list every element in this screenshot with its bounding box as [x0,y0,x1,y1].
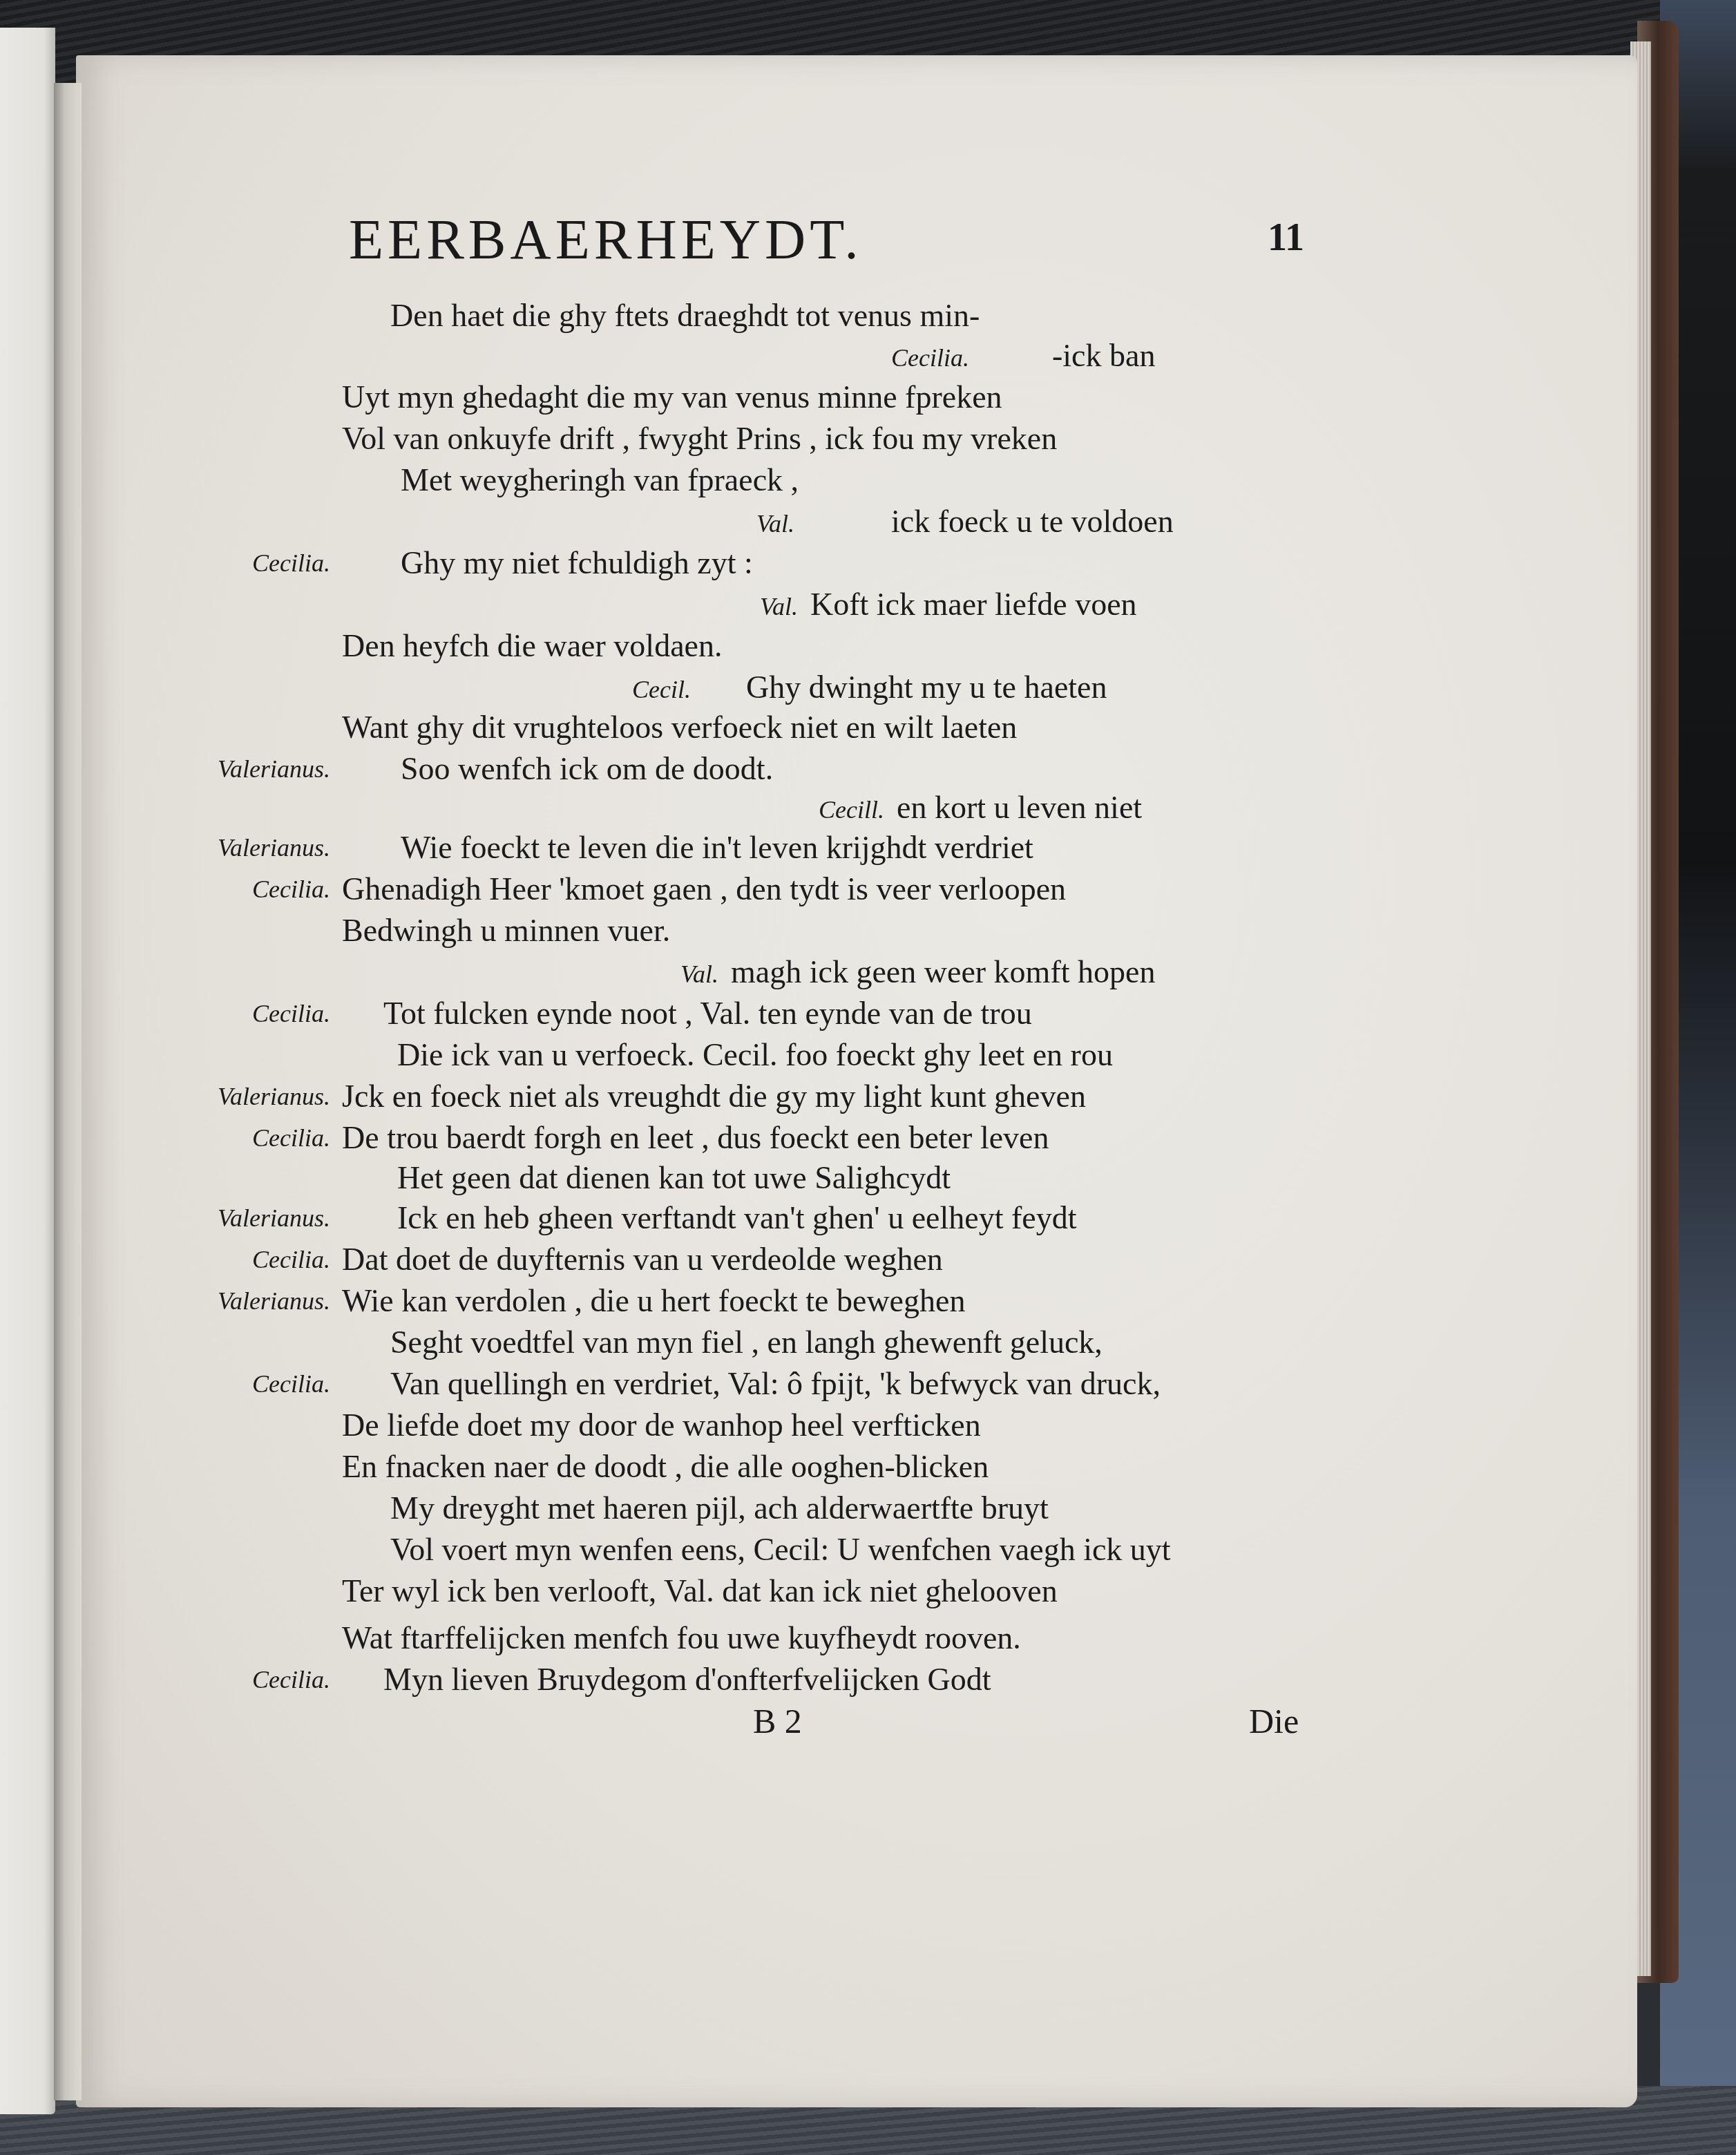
verse-text: Seght voedtfel van myn fiel , en langh g… [390,1325,1103,1360]
verse-line: Myn lieven Bruydegom d'onfterfvelijcken … [383,1660,991,1700]
page-number: 11 [1268,216,1304,260]
verse-line: De liefde doet my door de wanhop heel ve… [342,1405,981,1445]
inline-speaker-label: Cecil. [632,676,691,703]
verse-text: Wie foeckt te leven die in't leven krijg… [401,830,1033,865]
speaker-label: Valerianus. [218,1076,330,1117]
verse-text: Bedwingh u minnen vuer. [342,913,670,948]
verse-text: Wie kan verdolen , die u hert foeckt te … [342,1283,965,1318]
verse-text: Soo wenfch ick om de doodt. [401,751,773,786]
speaker-label: Cecilia. [252,869,330,909]
verse-text: De liefde doet my door de wanhop heel ve… [342,1407,981,1443]
verse-text: En fnacken naer de doodt , die alle oogh… [342,1449,989,1484]
verse-line: Cecil.Ghy dwinght my u te haeten [632,667,1107,708]
signature-mark: B 2 [753,1701,802,1741]
verse-text: Van quellingh en verdriet, Val: ô fpijt,… [390,1366,1161,1401]
verse-text: magh ick geen weer komft hopen [731,954,1155,989]
verse-line: Vol voert myn wenfen eens, Cecil: U wenf… [390,1530,1171,1570]
verse-line: Het geen dat dienen kan tot uwe Salighcy… [397,1158,951,1198]
verse-line: My dreyght met haeren pijl, ach alderwae… [390,1488,1049,1528]
verse-text: Met weygheringh van fpraeck , [401,462,799,497]
verse-line: Jck en foeck niet als vreughdt die gy my… [342,1076,1086,1117]
inline-speaker-label: Val. [756,510,794,538]
verse-line: Van quellingh en verdriet, Val: ô fpijt,… [390,1364,1161,1404]
verse-text: Vol voert myn wenfen eens, Cecil: U wenf… [390,1532,1171,1567]
verse-text: My dreyght met haeren pijl, ach alderwae… [390,1490,1049,1526]
verse-text: Koft ick maer liefde voen [810,587,1137,622]
verse-text: Myn lieven Bruydegom d'onfterfvelijcken … [383,1662,991,1697]
inline-speaker-label: Val. [680,960,718,988]
speaker-label: Cecilia. [252,1118,330,1158]
verse-line: Bedwingh u minnen vuer. [342,911,670,951]
catchword: Die [1249,1701,1299,1741]
verse-line: Cecilia.-ick ban [891,336,1155,376]
verse-line: Met weygheringh van fpraeck , [401,460,799,500]
speaker-label: Valerianus. [218,1198,330,1238]
verse-line: Val.Koft ick maer liefde voen [760,585,1137,625]
verse-line: En fnacken naer de doodt , die alle oogh… [342,1447,989,1487]
verse-line: Den haet die ghy ftets draeghdt tot venu… [390,296,980,336]
verse-line: Wat ftarffelijcken menfch fou uwe kuyfhe… [342,1618,1021,1658]
speaker-label: Cecilia. [252,1240,330,1280]
verse-line: Soo wenfch ick om de doodt. [401,749,773,789]
running-head: EERBAERHEYDT. [349,207,863,272]
verse-text: Den haet die ghy ftets draeghdt tot venu… [390,298,980,333]
verse-text: Ick en heb gheen verftandt van't ghen' u… [397,1200,1076,1235]
verse-line: Want ghy dit vrughteloos verfoeck niet e… [342,708,1017,748]
verse-text: Uyt myn ghedaght die my van venus minne … [342,379,1002,415]
verse-line: Den heyfch die waer voldaen. [342,626,722,666]
verse-text: Jck en foeck niet als vreughdt die gy my… [342,1079,1086,1114]
speaker-label: Valerianus. [218,828,330,868]
speaker-label: Valerianus. [218,749,330,789]
verse-text: Wat ftarffelijcken menfch fou uwe kuyfhe… [342,1620,1021,1655]
verse-line: Uyt myn ghedaght die my van venus minne … [342,377,1002,417]
verse-line: Tot fulcken eynde noot , Val. ten eynde … [383,994,1032,1034]
verse-line: Wie foeckt te leven die in't leven krijg… [401,828,1033,868]
verse-text: Tot fulcken eynde noot , Val. ten eynde … [383,996,1032,1031]
speaker-label: Valerianus. [218,1281,330,1321]
verse-text: en kort u leven niet [897,790,1142,825]
verse-text: Ghy dwinght my u te haeten [746,670,1107,705]
verse-line: Val.ick foeck u te voldoen [756,502,1174,542]
facing-page-edge [0,28,55,2114]
verse-line: Vol van onkuyfe drift , fwyght Prins , i… [342,419,1057,459]
verse-line: Ter wyl ick ben verlooft, Val. dat kan i… [342,1571,1058,1611]
verse-line: Dat doet de duyfternis van u verdeolde w… [342,1240,943,1280]
inline-speaker-label: Cecill. [819,796,884,824]
verse-line: Die ick van u verfoeck. Cecil. foo foeck… [397,1035,1113,1075]
verse-line: Val.magh ick geen weer komft hopen [680,952,1155,992]
verse-text: -ick ban [1052,338,1155,373]
verse-text: ick foeck u te voldoen [891,504,1174,539]
verse-line: Ick en heb gheen verftandt van't ghen' u… [397,1198,1076,1238]
verse-line: Wie kan verdolen , die u hert foeckt te … [342,1281,965,1321]
inline-speaker-label: Cecilia. [891,344,969,372]
verse-text: Het geen dat dienen kan tot uwe Salighcy… [397,1160,951,1195]
verse-text: Den heyfch die waer voldaen. [342,628,722,663]
speaker-label: Cecilia. [252,543,330,583]
verse-text: Ghy my niet fchuldigh zyt : [401,545,753,580]
verse-text: De trou baerdt forgh en leet , dus foeck… [342,1120,1049,1155]
page-gutter [54,83,82,2100]
verse-text: Want ghy dit vrughteloos verfoeck niet e… [342,710,1017,745]
verse-text: Ter wyl ick ben verlooft, Val. dat kan i… [342,1573,1058,1608]
verse-text: Vol van onkuyfe drift , fwyght Prins , i… [342,421,1057,456]
verse-text: Ghenadigh Heer 'kmoet gaen , den tydt is… [342,871,1066,906]
speaker-label: Cecilia. [252,1364,330,1404]
verse-line: Ghenadigh Heer 'kmoet gaen , den tydt is… [342,869,1066,909]
verse-text: Die ick van u verfoeck. Cecil. foo foeck… [397,1037,1113,1072]
speaker-label: Cecilia. [252,994,330,1034]
verse-line: De trou baerdt forgh en leet , dus foeck… [342,1118,1049,1158]
verse-line: Ghy my niet fchuldigh zyt : [401,543,753,583]
verse-text: Dat doet de duyfternis van u verdeolde w… [342,1242,943,1277]
verse-line: Cecill.en kort u leven niet [819,788,1142,828]
speaker-label: Cecilia. [252,1660,330,1700]
verse-line: Seght voedtfel van myn fiel , en langh g… [390,1322,1103,1363]
inline-speaker-label: Val. [760,593,798,620]
